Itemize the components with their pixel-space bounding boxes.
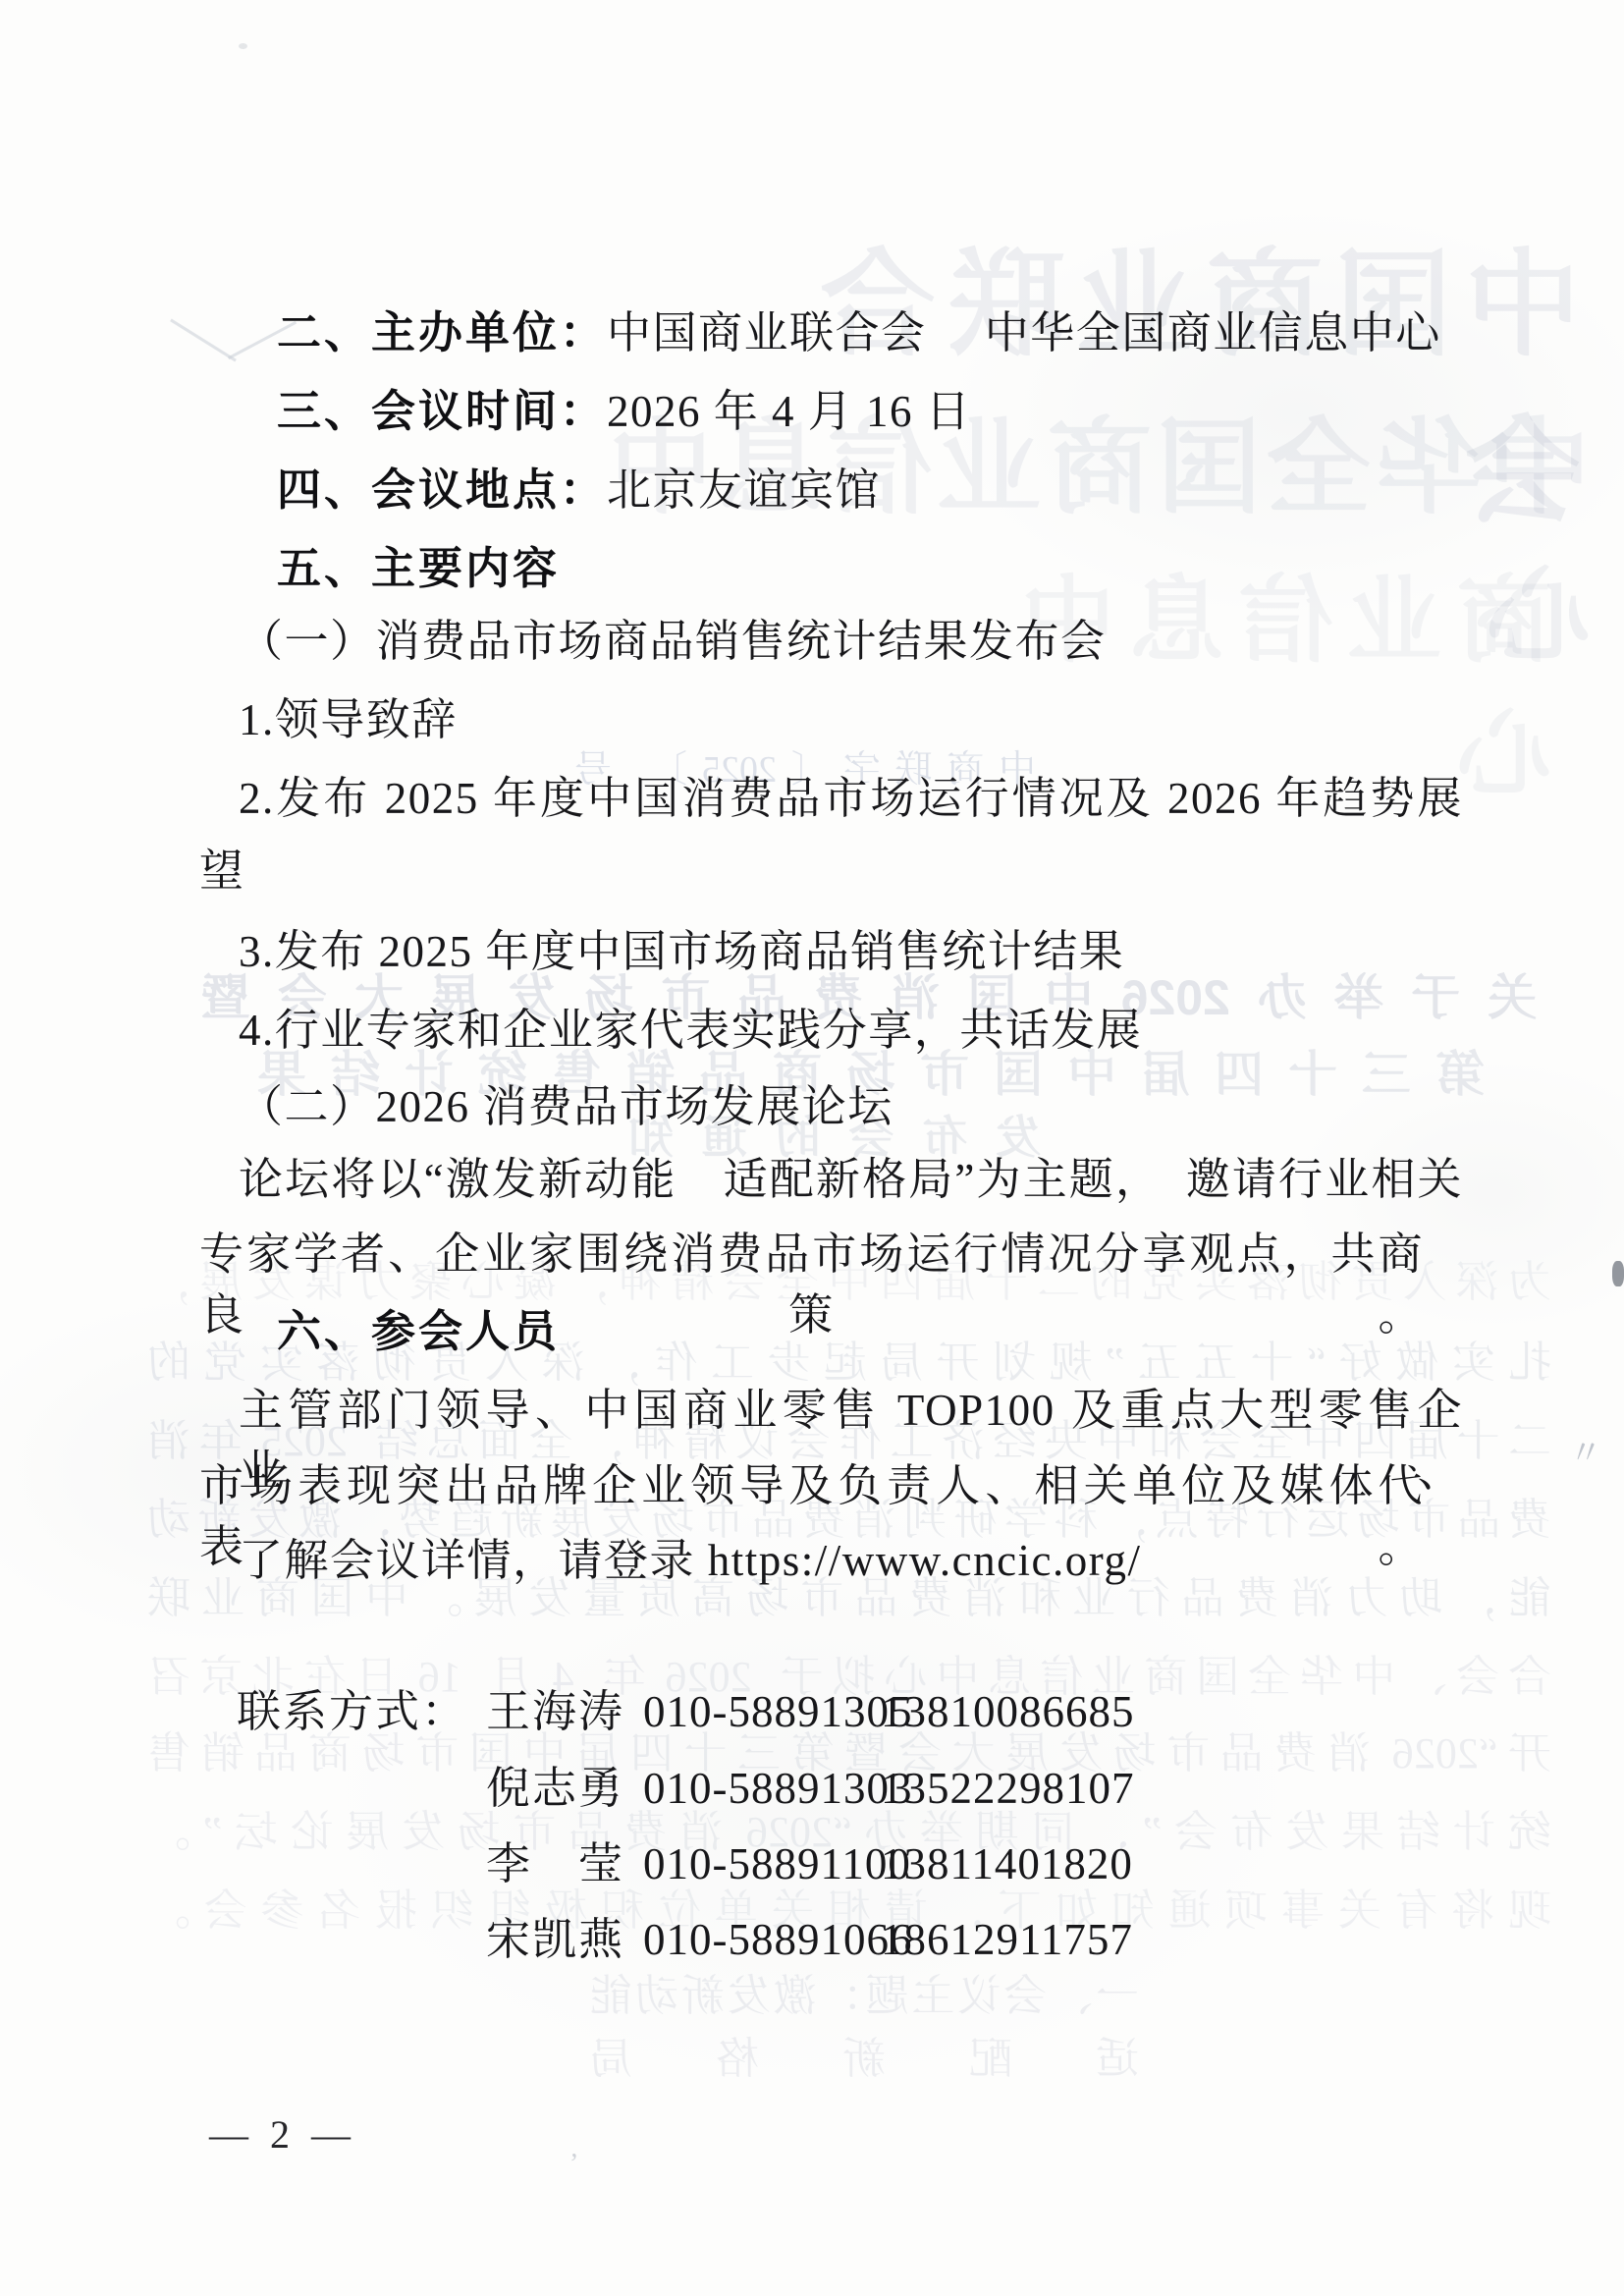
part2-title: （二）2026 消费品市场发展论坛 <box>199 1076 1463 1137</box>
part1-title: （一）消费品市场商品销售统计结果发布会 <box>199 611 1463 672</box>
contact-name: 宋凯燕 <box>486 1909 624 1970</box>
organizer-line: 二、主办单位：中国商业联合会 中华全国商业信息中心 <box>199 302 1501 363</box>
contact-phone: 010-58891305 <box>643 1681 913 1742</box>
agenda-item-1: 1.领导致辞 <box>199 689 1463 750</box>
venue-value: 北京友谊宾馆 <box>607 465 881 515</box>
contact-row: 李 莹 010-58891100 13811401820 <box>237 1833 1317 1894</box>
scan-edge-tick <box>1612 1261 1624 1286</box>
venue-line: 四、会议地点：北京友谊宾馆 <box>199 460 1501 520</box>
contact-mobile: 13522298107 <box>881 1758 1135 1819</box>
agenda-item-4: 4.行业专家和企业家代表实践分享，共话发展 <box>199 1000 1463 1061</box>
scan-comma-mark: ’ <box>569 2149 578 2180</box>
contact-mobile: 13811401820 <box>881 1833 1133 1894</box>
page-number: — 2 — <box>209 2111 356 2158</box>
organizer-label: 二、主办单位： <box>277 307 607 357</box>
contact-mobile: 13810086685 <box>881 1681 1135 1742</box>
website-line: 了解会议详情，请登录 https://www.cncic.org/ <box>199 1530 1463 1591</box>
agenda-item-2-line2: 望 <box>199 841 1424 902</box>
contact-row: 联系方式： 王海涛 010-58891305 13810086685 <box>237 1681 1317 1742</box>
scan-fleck <box>239 43 247 49</box>
section6-heading: 六、参会人员 <box>199 1301 1501 1362</box>
contact-name: 王海涛 <box>486 1681 624 1742</box>
agenda-item-3: 3.发布 2025 年度中国市场商品销售统计结果 <box>199 921 1463 982</box>
contacts-label: 联系方式： <box>237 1681 467 1742</box>
meeting-time-label: 三、会议时间： <box>277 386 607 436</box>
bleedthrough-subject-line: 一、会议主题：激发新动能 适配新格局 <box>589 1960 1139 2086</box>
contact-name: 倪志勇 <box>486 1758 624 1819</box>
contact-row: 倪志勇 010-58891303 13522298107 <box>237 1758 1317 1819</box>
scanned-notice-page: 中国商业联合会 中华全国商业信息中心 商业信息中心 中商联字〔2025〕 号 关… <box>0 0 1624 2296</box>
contact-phone: 010-58891066 <box>643 1909 913 1970</box>
meeting-time-line: 三、会议时间：2026 年 4 月 16 日 <box>199 381 1501 442</box>
organizer-value: 中国商业联合会 中华全国商业信息中心 <box>607 308 1441 357</box>
contact-phone: 010-58891303 <box>643 1758 913 1819</box>
venue-label: 四、会议地点： <box>277 465 607 515</box>
contact-name: 李 莹 <box>486 1833 624 1894</box>
meeting-time-value: 2026 年 4 月 16 日 <box>607 387 971 436</box>
section5-heading: 五、主要内容 <box>199 538 1501 599</box>
contact-phone: 010-58891100 <box>643 1833 911 1894</box>
forum-desc-line1: 论坛将以“激发新动能 适配新格局”为主题， 邀请行业相关 <box>199 1149 1463 1210</box>
contact-row: 宋凯燕 010-58891066 18612911757 <box>237 1909 1317 1970</box>
scan-quote-mark: 〃 <box>1569 1426 1602 1474</box>
agenda-item-2-line1: 2.发布 2025 年度中国消费品市场运行情况及 2026 年趋势展 <box>199 768 1463 829</box>
contact-mobile: 18612911757 <box>881 1909 1133 1970</box>
